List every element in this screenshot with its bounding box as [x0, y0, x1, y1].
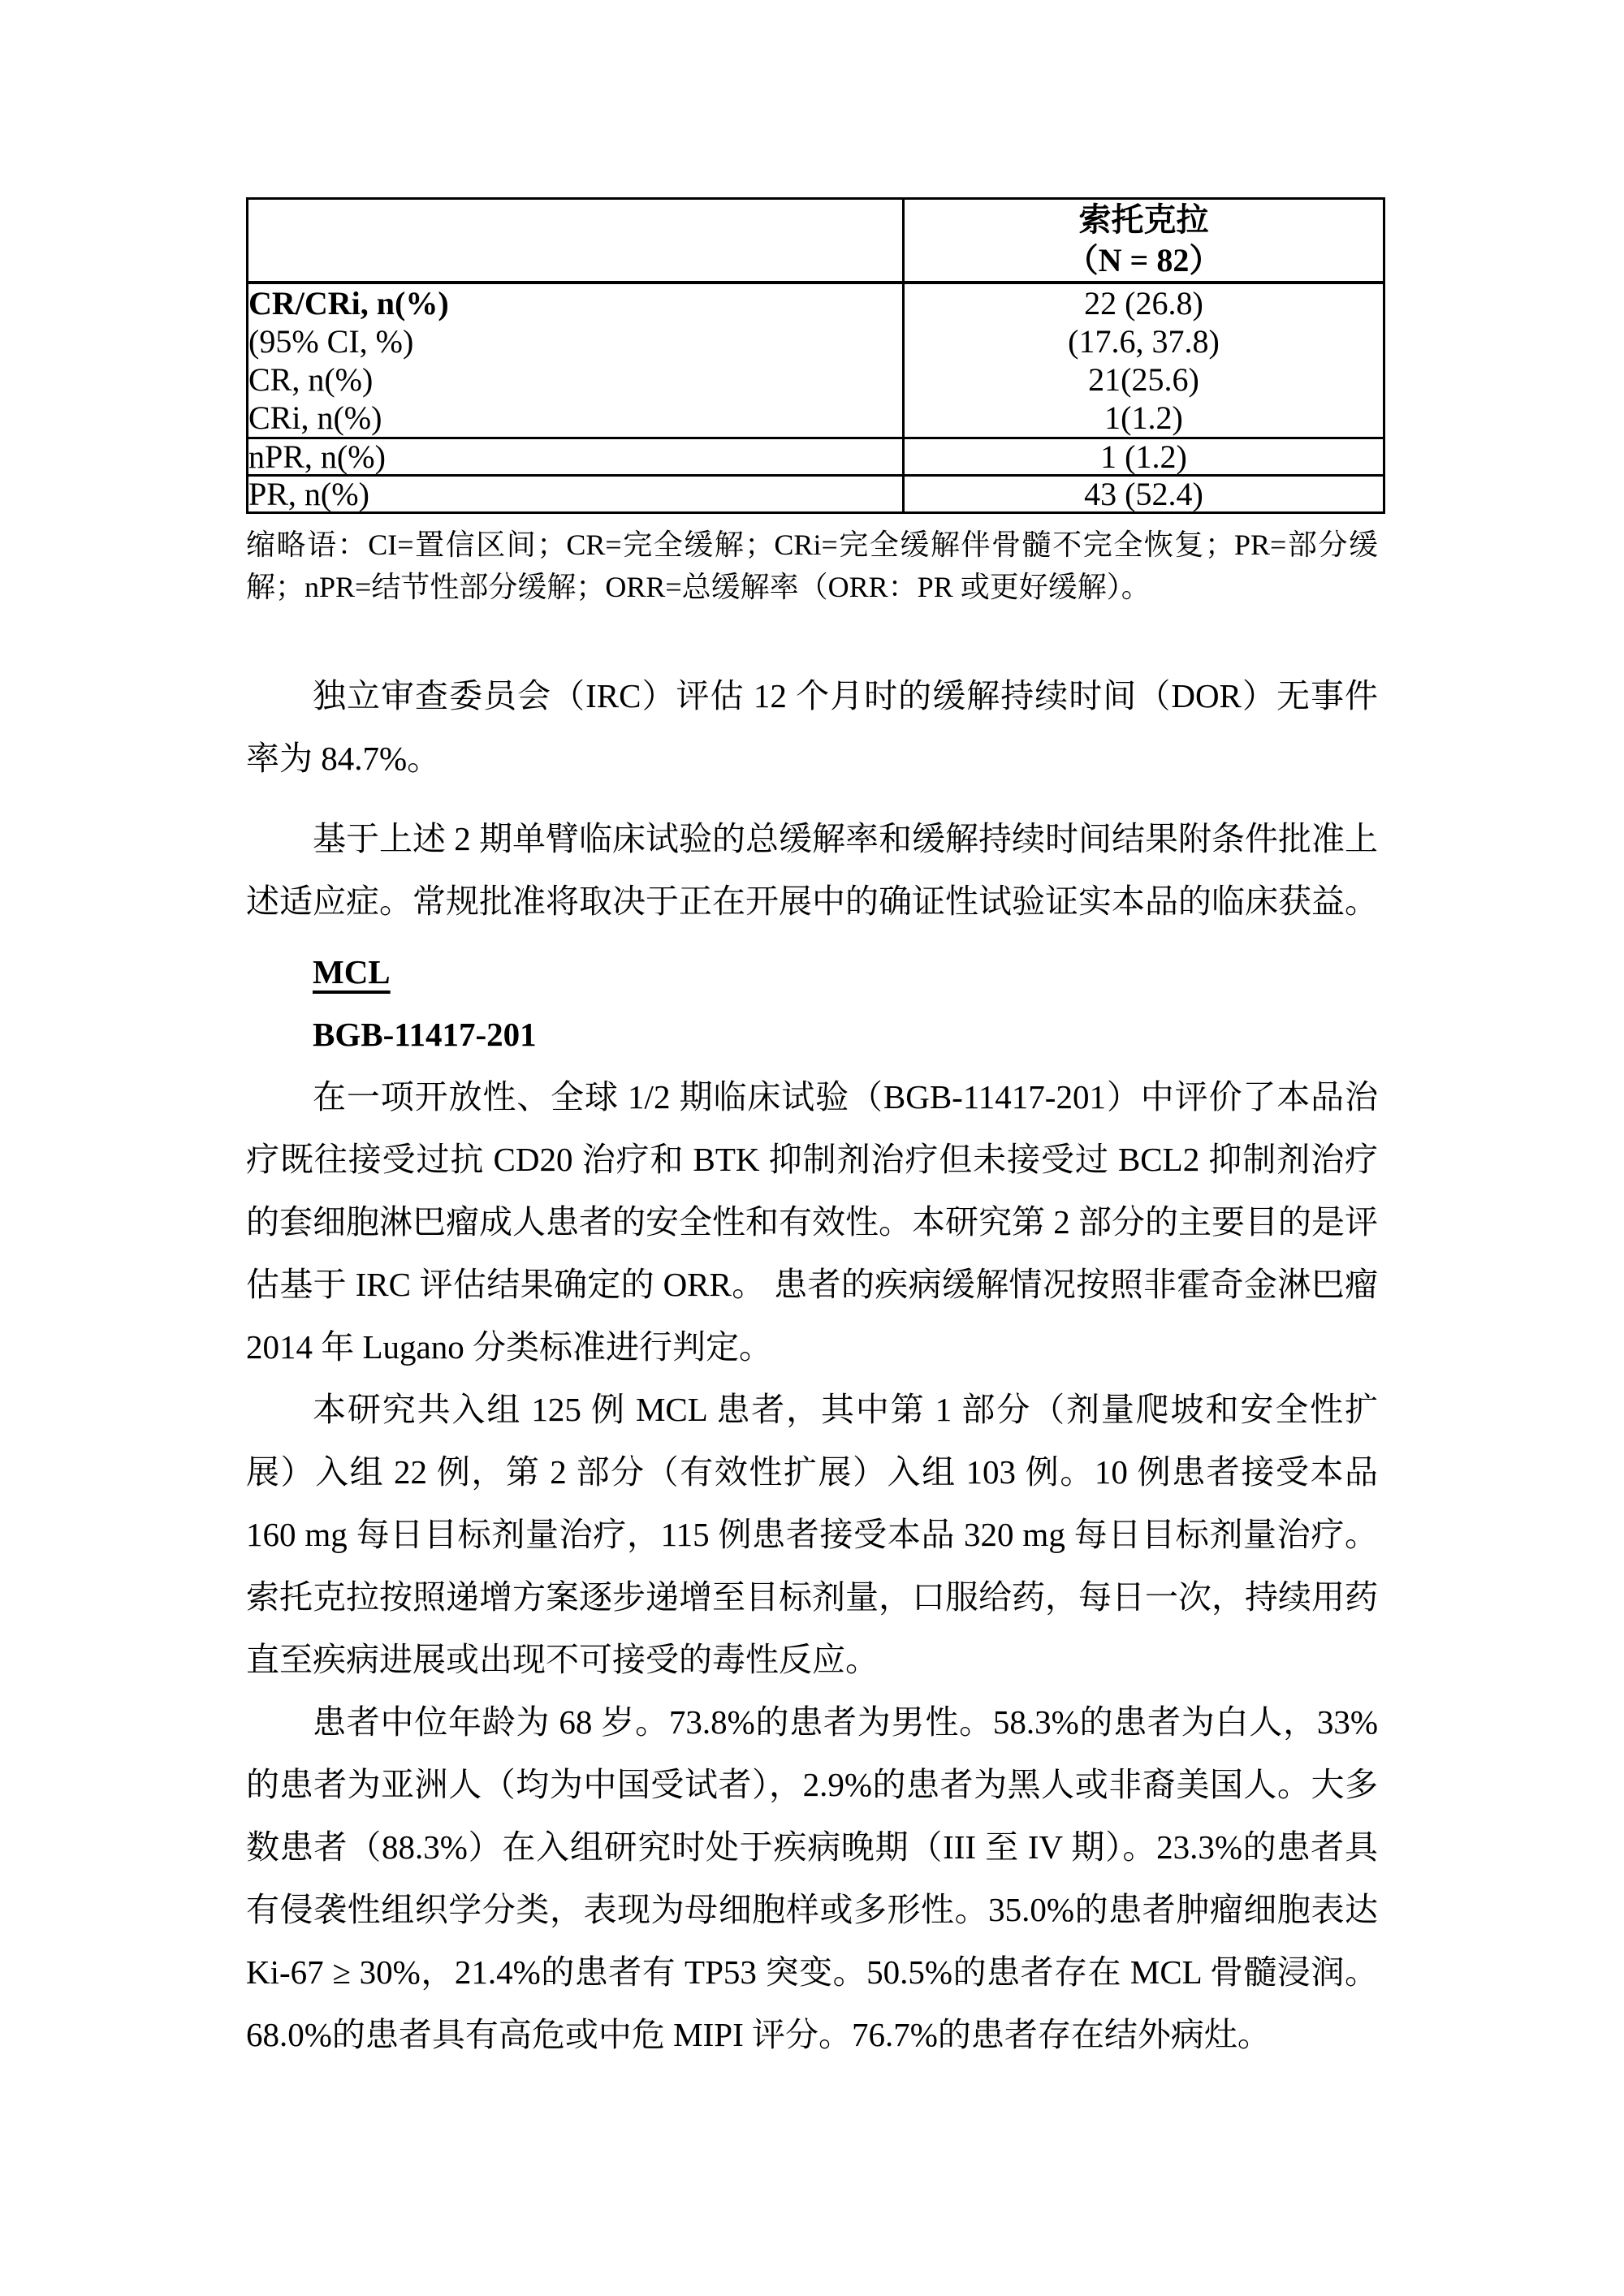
value-pr: 43 (52.4)	[905, 477, 1383, 511]
label-npr: nPR, n(%)	[248, 439, 902, 474]
table-header-empty-cell	[248, 199, 904, 283]
heading-mcl-text: MCL	[313, 953, 391, 990]
label-95ci: (95% CI, %)	[248, 322, 902, 360]
value-npr: 1 (1.2)	[905, 439, 1383, 474]
value-cr: 21(25.6)	[905, 360, 1383, 399]
value-cri: 1(1.2)	[905, 399, 1383, 437]
value-npr-cell: 1 (1.2)	[904, 438, 1384, 476]
label-npr-cell: nPR, n(%)	[248, 438, 904, 476]
response-results-table: 索托克拉 （N = 82） CR/CRi, n(%) (95% CI, %) C…	[246, 197, 1385, 514]
paragraph-dor: 独立审查委员会（IRC）评估 12 个月时的缓解持续时间（DOR）无事件率为 8…	[246, 665, 1378, 790]
table-header-n-label: （N = 82）	[905, 240, 1383, 281]
table-header-row: 索托克拉 （N = 82）	[248, 199, 1384, 283]
paragraph-demographics: 患者中位年龄为 68 岁。73.8%的患者为男性。58.3%的患者为白人，33%…	[246, 1691, 1378, 2066]
table-row-orr-block: CR/CRi, n(%) (95% CI, %) CR, n(%) CRi, n…	[248, 283, 1384, 438]
table-row-pr: PR, n(%) 43 (52.4)	[248, 476, 1384, 513]
paragraph-enrollment: 本研究共入组 125 例 MCL 患者，其中第 1 部分（剂量爬坡和安全性扩展）…	[246, 1379, 1378, 1691]
label-cri: CRi, n(%)	[248, 399, 902, 437]
document-page: 索托克拉 （N = 82） CR/CRi, n(%) (95% CI, %) C…	[0, 0, 1624, 2296]
abbreviations-note: 缩略语：CI=置信区间；CR=完全缓解；CRi=完全缓解伴骨髓不完全恢复；PR=…	[246, 524, 1378, 608]
value-cr-cri: 22 (26.8)	[905, 284, 1383, 322]
orr-block-values: 22 (26.8) (17.6, 37.8) 21(25.6) 1(1.2)	[904, 283, 1384, 438]
label-pr-cell: PR, n(%)	[248, 476, 904, 513]
label-cr: CR, n(%)	[248, 360, 902, 399]
orr-block-labels: CR/CRi, n(%) (95% CI, %) CR, n(%) CRi, n…	[248, 283, 904, 438]
heading-mcl: MCL	[313, 941, 1378, 1003]
value-95ci: (17.6, 37.8)	[905, 322, 1383, 360]
label-cr-cri: CR/CRi, n(%)	[248, 284, 902, 322]
heading-study-id: BGB-11417-201	[313, 1003, 1378, 1066]
table-header-drug-name: 索托克拉	[905, 200, 1383, 240]
table-header-drug-cell: 索托克拉 （N = 82）	[904, 199, 1384, 283]
label-pr: PR, n(%)	[248, 477, 902, 511]
value-pr-cell: 43 (52.4)	[904, 476, 1384, 513]
paragraph-conditional-approval: 基于上述 2 期单臂临床试验的总缓解率和缓解持续时间结果附条件批准上述适应症。常…	[246, 808, 1378, 933]
paragraph-trial-design: 在一项开放性、全球 1/2 期临床试验（BGB-11417-201）中评价了本品…	[246, 1066, 1378, 1379]
table-row-npr: nPR, n(%) 1 (1.2)	[248, 438, 1384, 476]
